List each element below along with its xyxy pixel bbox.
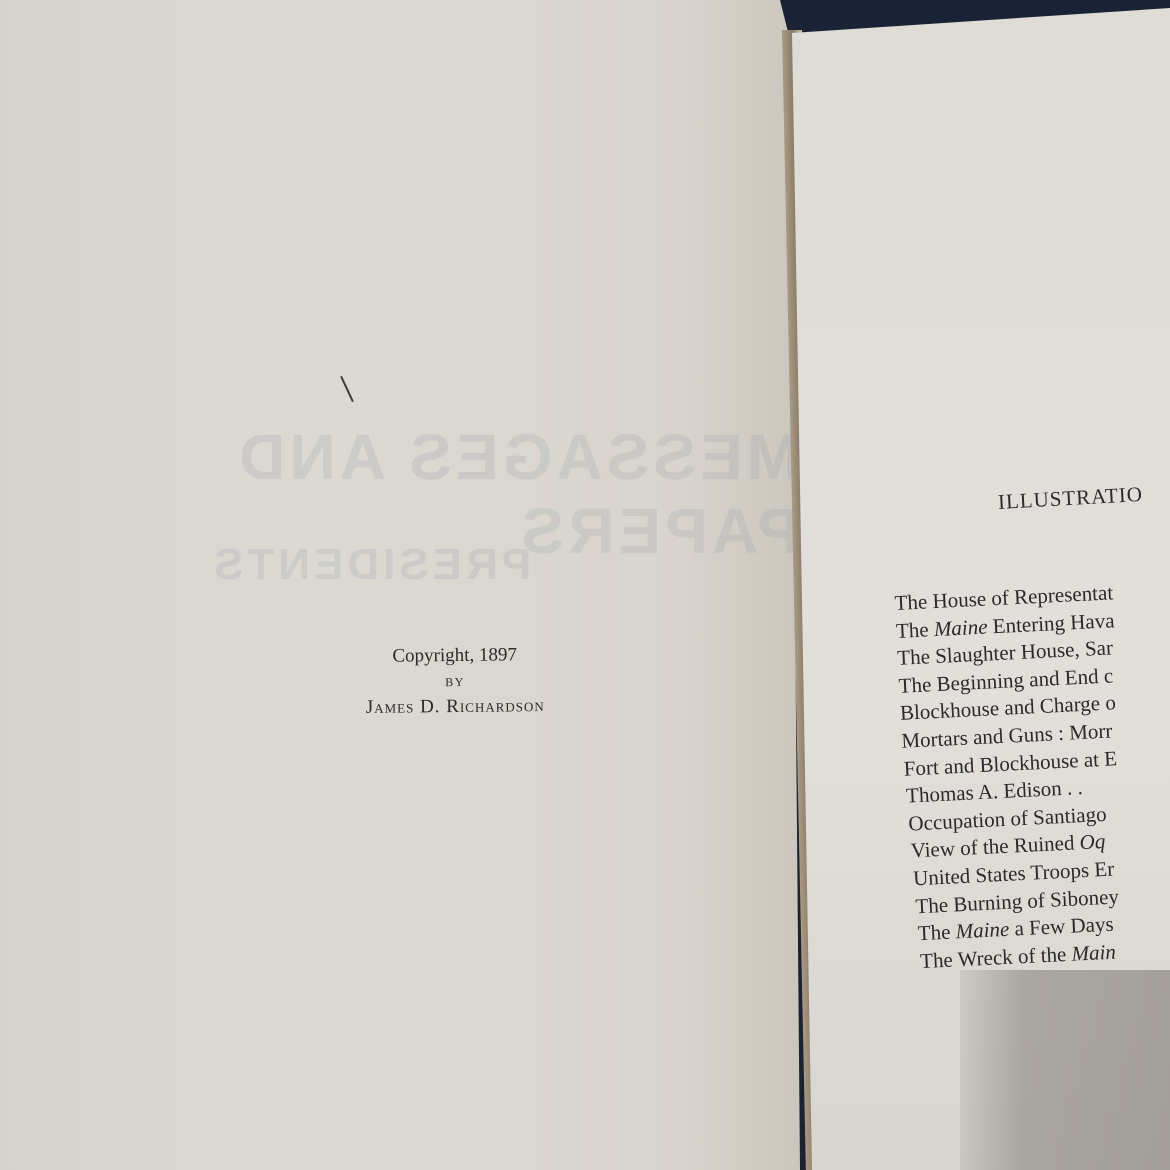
copyright-line: Copyright, 1897: [330, 644, 580, 669]
item-italic: Maine: [955, 917, 1010, 944]
book-photo: MESSAGES AND PAPERS PRESIDENTS Copyright…: [0, 0, 1170, 1170]
bleed-through-text-2: PRESIDENTS: [210, 540, 531, 590]
author-name: James D. Richardson: [330, 695, 580, 720]
item-text: a Few Days: [1009, 912, 1114, 941]
item-italic: Maine: [933, 614, 988, 641]
pencil-mark: [340, 376, 354, 402]
item-text: Entering Hava: [987, 608, 1115, 638]
item-italic: Oq: [1079, 829, 1106, 854]
by-line: BY: [330, 674, 580, 692]
item-text: The: [917, 920, 956, 946]
left-page: MESSAGES AND PAPERS PRESIDENTS Copyright…: [0, 0, 800, 1170]
item-text: The Wreck of the: [920, 941, 1073, 972]
item-italic: Main: [1071, 939, 1116, 965]
hand-shadow: [960, 970, 1170, 1170]
illustrations-list: The House of Representat The Maine Enter…: [894, 575, 1170, 976]
copyright-block: Copyright, 1897 BY James D. Richardson: [330, 644, 581, 720]
item-text: The: [895, 617, 934, 643]
